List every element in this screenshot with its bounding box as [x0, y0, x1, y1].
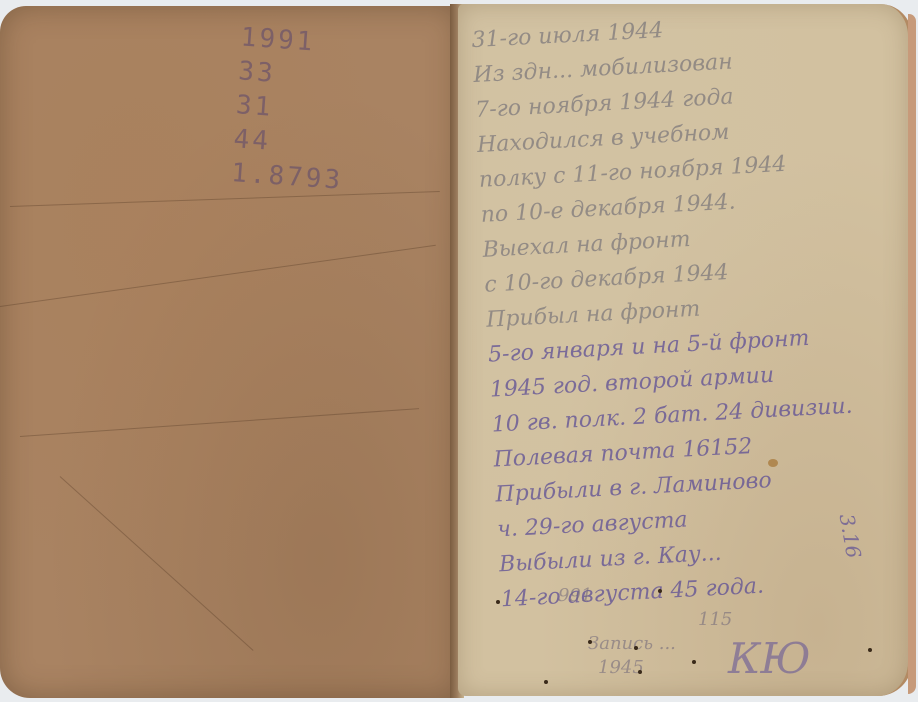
ink-spot [634, 646, 638, 650]
stain [768, 459, 778, 467]
signature: КЮ [728, 634, 811, 683]
scribble: 991 [558, 584, 732, 608]
page-edge [908, 14, 916, 694]
ink-spot [658, 589, 662, 593]
ink-spot [588, 640, 592, 644]
ink-spot [496, 600, 500, 604]
scribble: Запись ... [588, 632, 732, 656]
ink-spot [868, 648, 872, 652]
ink-spot [638, 670, 642, 674]
ink-spot [692, 660, 696, 664]
left-cover-page: 1991 33 31 44 1.8793 [0, 6, 458, 698]
pencil-marks: 1991 33 31 44 1.8793 [222, 20, 411, 311]
paper-crease [20, 408, 419, 437]
right-written-page: 31-го июля 1944 Из здн... мобилизован 7-… [458, 4, 912, 696]
ink-spot [544, 680, 548, 684]
scribble: 1945 [598, 656, 732, 680]
bottom-scribbles: 991 115 Запись ... 1945 [558, 584, 732, 680]
notebook-photo: 1991 33 31 44 1.8793 31-го июля 1944 Из … [0, 0, 918, 702]
paper-crease [60, 476, 254, 651]
scribble: 115 [698, 608, 732, 632]
